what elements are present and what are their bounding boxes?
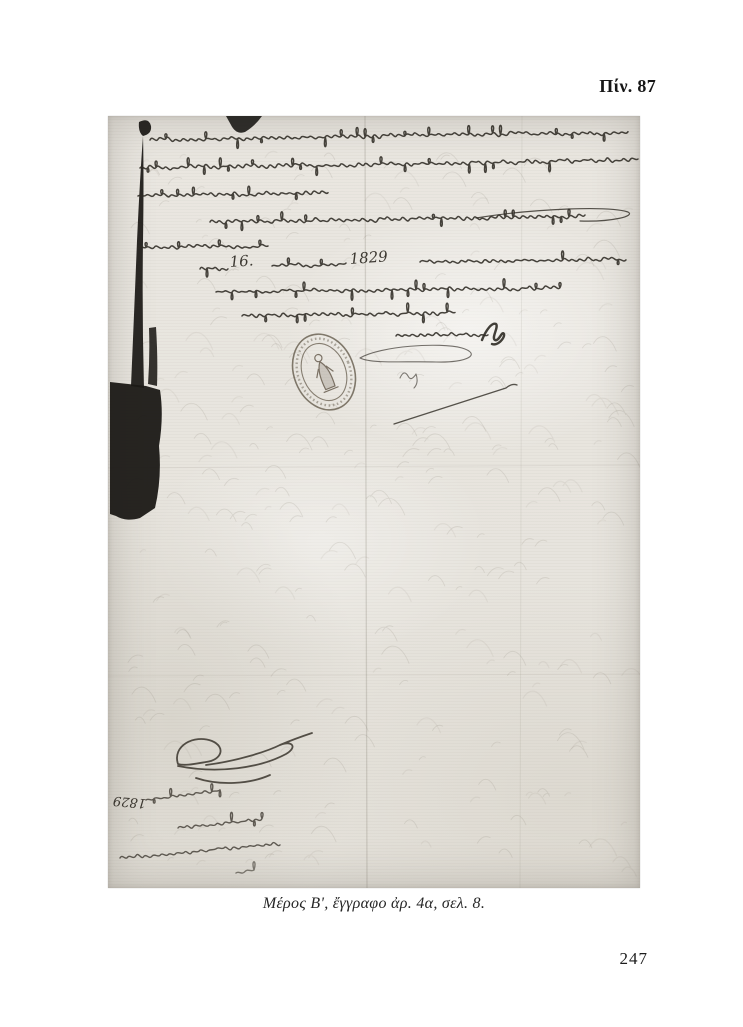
vertical-fold-crease — [365, 116, 367, 888]
horizontal-fold-crease — [108, 465, 640, 468]
oval-seal — [282, 325, 367, 420]
ink-stain-secondary-streak — [148, 327, 157, 386]
document-scan: 16. 1829 1829 — [108, 116, 640, 888]
page-number: 247 — [620, 949, 649, 969]
date-day-text: 16. — [229, 251, 254, 271]
signature-flourish-blob — [482, 324, 504, 345]
ink-blot-top-edge — [226, 116, 262, 133]
scan-artwork: 16. 1829 1829 — [108, 116, 640, 888]
horizontal-fold-crease-2 — [108, 674, 640, 676]
seal-standing-figure — [309, 351, 340, 393]
plate-label: Πίν. 87 — [599, 76, 656, 97]
diagonal-pen-stroke — [394, 384, 517, 424]
docket-flourish — [177, 733, 312, 783]
signature-paraph-loop — [360, 345, 471, 362]
handwriting-main-text: 16. 1829 — [138, 125, 638, 424]
vertical-fold-crease-2 — [520, 116, 522, 888]
docket-year-text: 1829 — [112, 793, 146, 811]
docket-note-inverted: 1829 — [112, 733, 312, 873]
figure-caption: Μέρος Β', ἔγγραφο ἀρ. 4α, σελ. 8. — [108, 895, 640, 913]
small-scribble — [400, 373, 417, 388]
date-year-text: 1829 — [349, 247, 389, 268]
ink-stain-mass — [110, 382, 162, 520]
signature-stroke — [396, 333, 488, 337]
